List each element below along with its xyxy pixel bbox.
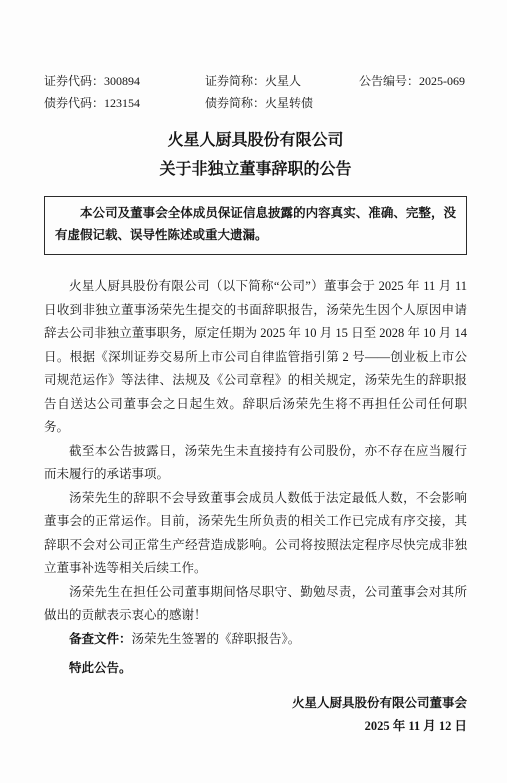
header-meta: 证券代码：300894 证券简称：火星人 公告编号：2025-069 债券代码：… xyxy=(44,70,467,114)
paragraph-resignation-notice: 火星人厨具股份有限公司（以下简称“公司”）董事会于 2025 年 11 月 11… xyxy=(44,275,467,440)
announcement-title: 关于非独立董事辞职的公告 xyxy=(44,159,467,181)
bond-code-label: 债券代码：123154 xyxy=(44,92,205,114)
paragraph-shareholding-status: 截至本公告披露日，汤荣先生未直接持有公司股份，亦不存在应当履行而未履行的承诺事项… xyxy=(44,440,467,487)
paragraph-reference-documents: 备查文件：汤荣先生签署的《辞职报告》。 xyxy=(44,628,467,652)
reference-documents-text: 汤荣先生签署的《辞职报告》。 xyxy=(132,632,301,646)
signature-date: 2025 年 11 月 12 日 xyxy=(44,715,467,739)
paragraph-gratitude: 汤荣先生在担任公司董事期间恪尽职守、勤勉尽责，公司董事会对其所做出的贡献表示衷心… xyxy=(44,581,467,628)
bond-short-name-label: 债券简称：火星转债 xyxy=(205,92,359,114)
header-meta-row-2: 债券代码：123154 债券简称：火星转债 xyxy=(44,92,467,114)
closing-statement: 特此公告。 xyxy=(44,657,467,681)
announcement-document-page: 证券代码：300894 证券简称：火星人 公告编号：2025-069 债券代码：… xyxy=(0,0,507,783)
reference-documents-label: 备查文件： xyxy=(69,632,132,646)
paragraph-board-impact: 汤荣先生的辞职不会导致董事会成员人数低于法定最低人数，不会影响董事会的正常运作。… xyxy=(44,487,467,581)
announcement-body: 火星人厨具股份有限公司（以下简称“公司”）董事会于 2025 年 11 月 11… xyxy=(44,275,467,681)
disclaimer-box: 本公司及董事会全体成员保证信息披露的内容真实、准确、完整，没有虚假记载、误导性陈… xyxy=(44,196,467,255)
signature-block: 火星人厨具股份有限公司董事会 2025 年 11 月 12 日 xyxy=(44,692,467,739)
stock-code-label: 证券代码：300894 xyxy=(44,70,205,92)
stock-short-name-label: 证券简称：火星人 xyxy=(205,70,359,92)
announcement-number-label: 公告编号：2025-069 xyxy=(359,70,467,92)
header-meta-row-2-spacer xyxy=(359,92,467,114)
company-name-title: 火星人厨具股份有限公司 xyxy=(44,130,467,152)
header-meta-row-1: 证券代码：300894 证券简称：火星人 公告编号：2025-069 xyxy=(44,70,467,92)
signature-board-name: 火星人厨具股份有限公司董事会 xyxy=(44,692,467,716)
disclaimer-text: 本公司及董事会全体成员保证信息披露的内容真实、准确、完整，没有虚假记载、误导性陈… xyxy=(55,202,456,246)
